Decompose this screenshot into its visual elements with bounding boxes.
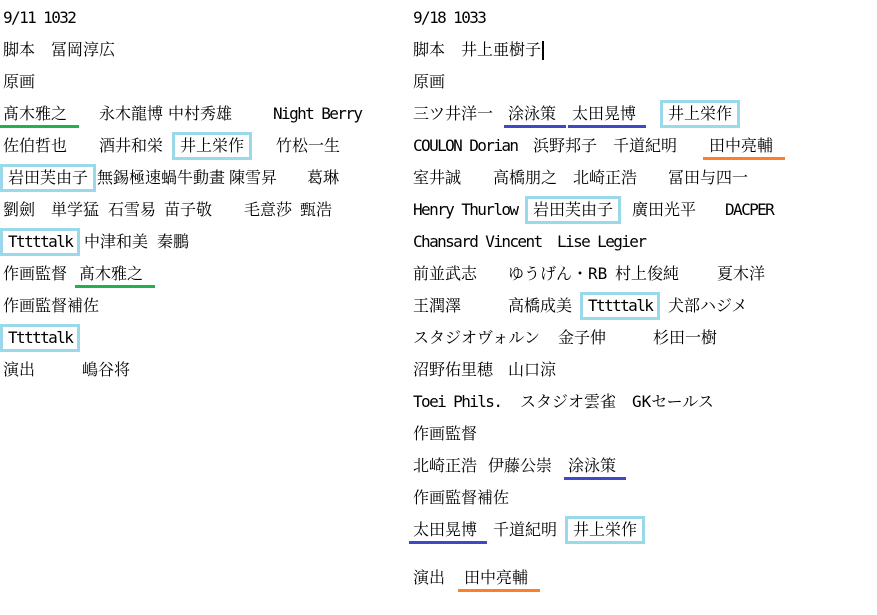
credit-text: 作画監督 — [413, 426, 477, 442]
credit-text: 9/18 1033 — [413, 10, 485, 26]
credit-text: スタジオ雲雀 — [520, 394, 616, 410]
credit-text: Chansard Vincent — [413, 234, 542, 250]
credit-text: 王潤澤 — [413, 298, 461, 314]
credit-text: 冨田与四一 — [668, 170, 748, 186]
credit-text: 浜野邦子 — [533, 138, 597, 154]
credit-text: 三ツ井洋一 — [413, 106, 493, 122]
credit-text: Henry Thurlow — [413, 202, 517, 218]
credit-text: 杉田一樹 — [653, 330, 717, 346]
credit-text: COULON Dorian — [413, 138, 517, 154]
credit-name-boxed: 井上栄作 — [565, 516, 645, 544]
credit-text: 犬部ハジメ — [668, 298, 748, 314]
credit-text: 室井誠 — [413, 170, 461, 186]
credit-text: ゆうげん・RB — [508, 266, 607, 282]
credit-text: 伊藤公崇 — [488, 458, 552, 474]
credit-text: 作画監督補佐 — [413, 490, 509, 506]
credit-text: Lise Legier — [557, 234, 645, 250]
credit-text: 村上俊純 — [615, 266, 679, 282]
credit-text: 井上亜樹子 — [461, 42, 541, 58]
credit-name-underlined: 太田晃博 — [409, 522, 487, 544]
credit-text: 山口涼 — [508, 362, 556, 378]
credit-text: 脚本 — [413, 42, 445, 58]
credit-text: 演出 — [413, 570, 445, 586]
credit-name-underlined: 太田晃博 — [568, 106, 646, 128]
credit-text: 金子伸 — [558, 330, 606, 346]
credit-name-boxed: 井上栄作 — [660, 100, 740, 128]
credit-text: 北崎正浩 — [573, 170, 637, 186]
credit-text: 原画 — [413, 74, 445, 90]
credit-text: 夏木洋 — [717, 266, 765, 282]
credit-name-boxed: 岩田芙由子 — [525, 196, 621, 224]
credit-name-underlined: 田中亮輔 — [458, 570, 540, 592]
credit-text: Toei Phils. — [413, 394, 501, 410]
credit-text: 千道紀明 — [613, 138, 677, 154]
credit-text: GKセールス — [632, 394, 714, 410]
credits-document[interactable]: 9/11 1032脚本冨岡淳広原画髙木雅之永木龍博中村秀雄Night Berry… — [0, 0, 877, 615]
credit-name-underlined: 涂泳策 — [564, 458, 626, 480]
credit-text: 千道紀明 — [493, 522, 557, 538]
credit-text: 高橋朋之 — [493, 170, 557, 186]
credit-text: スタジオヴォルン — [413, 330, 540, 346]
text-caret — [542, 41, 544, 60]
credit-name-underlined: 田中亮輔 — [703, 138, 785, 160]
credit-text: DACPER — [725, 202, 773, 218]
credit-text: 北崎正浩 — [413, 458, 477, 474]
credit-text: 廣田光平 — [632, 202, 696, 218]
credit-name-boxed: Tttttalk — [580, 292, 660, 320]
credit-text: 高橋成美 — [508, 298, 572, 314]
credit-text: 前並武志 — [413, 266, 477, 282]
credit-text: 沼野佑里穂 — [413, 362, 493, 378]
credit-name-underlined: 涂泳策 — [504, 106, 566, 128]
episode-column-right: 9/18 1033脚本井上亜樹子原画三ツ井洋一涂泳策太田晃博井上栄作COULON… — [0, 0, 877, 615]
